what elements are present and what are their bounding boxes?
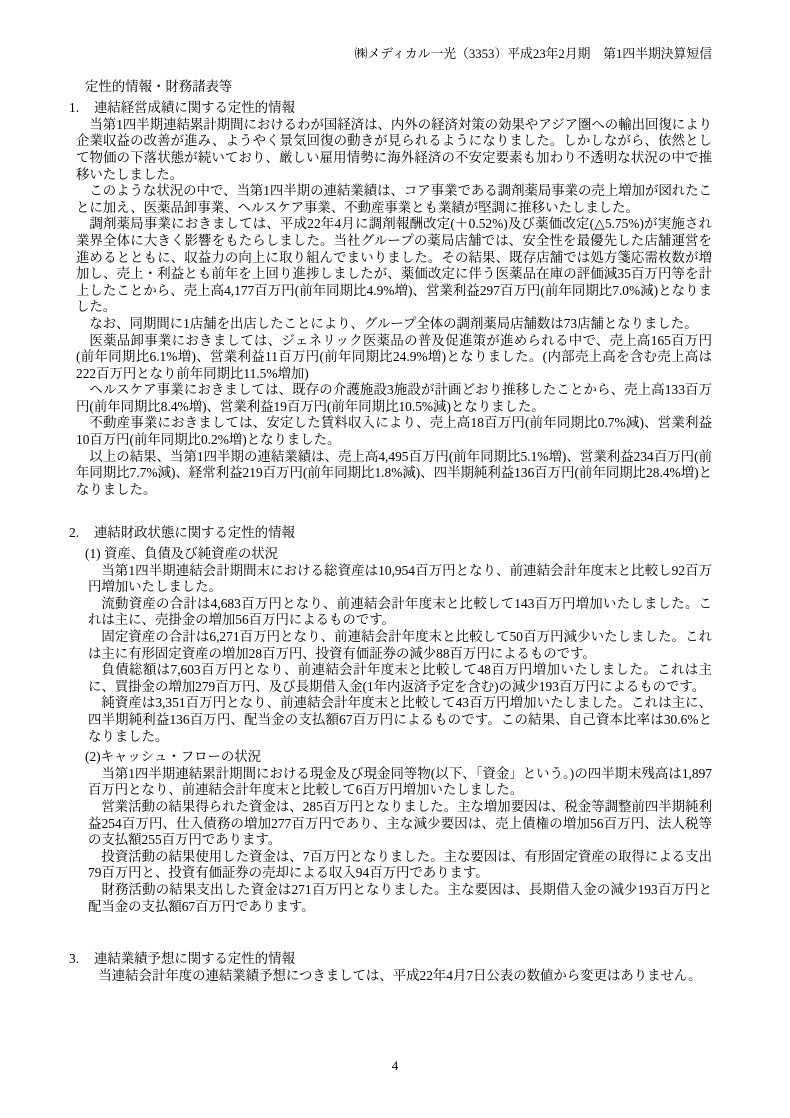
subsection-body: 当第1四半期連結累計期間における現金及び現金同等物(以下、「資金」という。)の四… xyxy=(88,766,712,915)
subsection-label: (1) 資産、負債及び純資産の状況 xyxy=(69,546,712,563)
paragraph: 不動産事業におきましては、安定した賃料収入により、売上高18百万円(前年同期比0… xyxy=(76,415,712,448)
paragraph: 固定資産の合計は6,271百万円となり、前連結会計年度末と比較して50百万円減少… xyxy=(88,629,712,662)
section-number: 1. xyxy=(69,100,94,117)
paragraph: 投資活動の結果使用した資金は、7百万円となりました。主な要因は、有形固定資産の取… xyxy=(88,849,712,882)
page-number: 4 xyxy=(0,1058,790,1075)
section-body: 当連結会計年度の連結業績予想につきましては、平成22年4月7日公表の数値から変更… xyxy=(85,968,712,985)
paragraph: 以上の結果、当第1四半期の連結業績は、売上高4,495百万円(前年同期比5.1%… xyxy=(76,449,712,499)
document-header: ㈱メディカル一光（3353）平成23年2月期 第1四半期決算短信 xyxy=(69,46,712,63)
paragraph: このような状況の中で、当第1四半期の連結業績は、コア事業である調剤薬局事業の売上… xyxy=(76,183,712,216)
paragraph: 調剤薬局事業におきましては、平成22年4月に調剤報酬改定(＋0.52%)及び薬価… xyxy=(76,216,712,316)
section-financial-position: 2. 連結財政状態に関する定性的情報 (1) 資産、負債及び純資産の状況 当第1… xyxy=(69,525,712,915)
paragraph: 当第1四半期連結累計期間における現金及び現金同等物(以下、「資金」という。)の四… xyxy=(88,766,712,799)
document-page: ㈱メディカル一光（3353）平成23年2月期 第1四半期決算短信 定性的情報・財… xyxy=(0,0,790,1118)
paragraph: 負債総額は7,603百万円となり、前連結会計年度末と比較して48百万円増加いたし… xyxy=(88,662,712,695)
paragraph: 営業活動の結果得られた資金は、285百万円となりました。主な増加要因は、税金等調… xyxy=(88,799,712,849)
paragraph: なお、同期間に1店舗を出店したことにより、グループ全体の調剤薬局店舗数は73店舗… xyxy=(76,316,712,333)
section-business-results: 1. 連結経営成績に関する定性的情報 当第1四半期連結累計期間におけるわが国経済… xyxy=(69,100,712,498)
paragraph: 純資産は3,351百万円となり、前連結会計年度末と比較して43百万円増加いたしま… xyxy=(88,695,712,745)
subsection-cash-flow: (2)キャッシュ・フローの状況 当第1四半期連結累計期間における現金及び現金同等… xyxy=(69,749,712,915)
paragraph: ヘルスケア事業におきましては、既存の介護施設3施設が計画どおり推移したことから、… xyxy=(76,382,712,415)
section-heading: 3. 連結業績予想に関する定性的情報 xyxy=(69,951,712,968)
paragraph: 当連結会計年度の連結業績予想につきましては、平成22年4月7日公表の数値から変更… xyxy=(85,968,712,985)
section-number: 2. xyxy=(69,525,94,542)
paragraph: 当第1四半期連結累計期間におけるわが国経済は、内外の経済対策の効果やアジア圏への… xyxy=(76,117,712,183)
section-title: 連結業績予想に関する定性的情報 xyxy=(94,951,712,968)
section-number: 3. xyxy=(69,951,94,968)
section-heading: 1. 連結経営成績に関する定性的情報 xyxy=(69,100,712,117)
section-title: 連結経営成績に関する定性的情報 xyxy=(94,100,712,117)
section-body: 当第1四半期連結累計期間におけるわが国経済は、内外の経済対策の効果やアジア圏への… xyxy=(76,117,712,499)
section-earnings-forecast: 3. 連結業績予想に関する定性的情報 当連結会計年度の連結業績予想につきましては… xyxy=(69,951,712,984)
paragraph: 当第1四半期連結会計期間末における総資産は10,954百万円となり、前連結会計年… xyxy=(88,563,712,596)
paragraph: 医薬品卸事業におきましては、ジェネリック医薬品の普及促進策が進められる中で、売上… xyxy=(76,333,712,383)
section-heading: 2. 連結財政状態に関する定性的情報 xyxy=(69,525,712,542)
paragraph: 財務活動の結果支出した資金は271百万円となりました。主な要因は、長期借入金の減… xyxy=(88,882,712,915)
subsection-label: (2)キャッシュ・フローの状況 xyxy=(69,749,712,766)
subsection-body: 当第1四半期連結会計期間末における総資産は10,954百万円となり、前連結会計年… xyxy=(88,563,712,746)
paragraph: 流動資産の合計は4,683百万円となり、前連結会計年度末と比較して143百万円増… xyxy=(88,596,712,629)
section-title: 連結財政状態に関する定性的情報 xyxy=(94,525,712,542)
subsection-assets-liabilities: (1) 資産、負債及び純資産の状況 当第1四半期連結会計期間末における総資産は1… xyxy=(69,546,712,745)
document-title: 定性的情報・財務諸表等 xyxy=(69,79,712,96)
